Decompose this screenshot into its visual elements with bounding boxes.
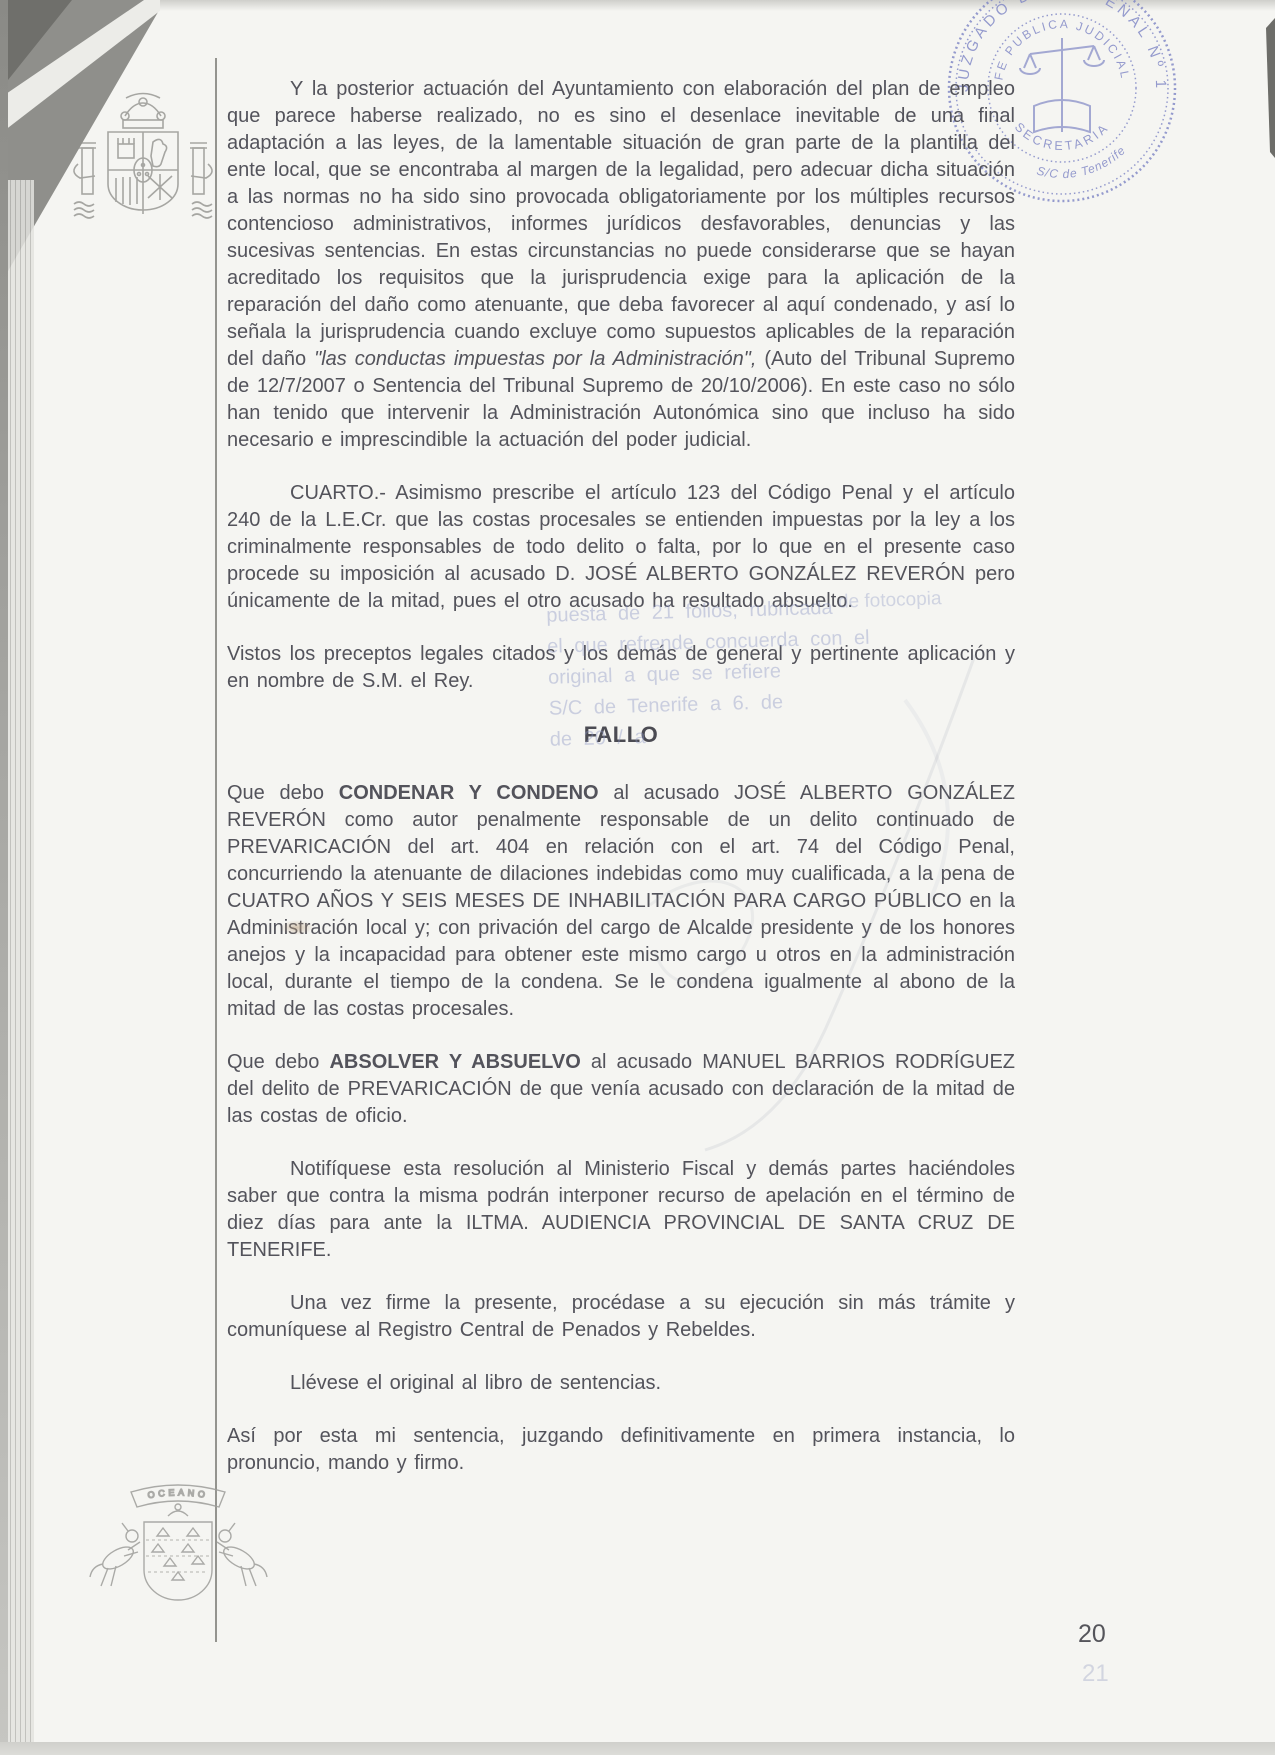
text-segment: Así por esta mi sentencia, juzgando defi… bbox=[227, 1425, 1015, 1474]
paragraph-p9: Así por esta mi sentencia, juzgando defi… bbox=[227, 1423, 1015, 1477]
right-dog bbox=[217, 1523, 267, 1586]
text-segment: Y la posterior actuación del Ayuntamient… bbox=[227, 78, 1015, 370]
paragraph-p3: Vistos los preceptos legales citados y l… bbox=[227, 641, 1015, 695]
text-segment: CUARTO.- Asimismo prescribe el artículo … bbox=[227, 482, 1015, 612]
text-segment: ABSOLVER Y ABSUELVO bbox=[329, 1051, 580, 1073]
text-segment: "las conductas impuestas por la Administ… bbox=[314, 348, 756, 370]
banner-text: OCEANO bbox=[147, 1487, 209, 1500]
text-segment: Que debo bbox=[227, 782, 339, 804]
paragraph-p8: Llévese el original al libro de sentenci… bbox=[227, 1370, 1015, 1397]
paragraph-p1: Y la posterior actuación del Ayuntamient… bbox=[227, 76, 1015, 454]
text-segment: Notifíquese esta resolución al Ministeri… bbox=[227, 1158, 1015, 1261]
paragraph-p4: Que debo CONDENAR Y CONDENO al acusado J… bbox=[227, 780, 1015, 1023]
page-number: 20 bbox=[1078, 1620, 1106, 1649]
fallo-heading: FALLO bbox=[227, 721, 1015, 748]
text-segment: FALLO bbox=[584, 722, 659, 747]
text-segment: al acusado JOSÉ ALBERTO GONZÁLEZ REVERÓN… bbox=[227, 782, 1015, 1020]
scales-of-justice-icon bbox=[1020, 38, 1104, 132]
text-segment: Llévese el original al libro de sentenci… bbox=[290, 1372, 661, 1394]
text-segment: Vistos los preceptos legales citados y l… bbox=[227, 643, 1015, 692]
scanned-document-page: JUZGADO DE LO PENAL Nº 1 FE PUBLICA JUDI… bbox=[0, 0, 1275, 1755]
ghost-page-number: 21 bbox=[1082, 1660, 1109, 1688]
paragraph-p7: Una vez firme la presente, procédase a s… bbox=[227, 1290, 1015, 1344]
paragraph-p5: Que debo ABSOLVER Y ABSUELVO al acusado … bbox=[227, 1049, 1015, 1130]
canary-islands-coat-of-arms: OCEANO bbox=[56, 1470, 301, 1620]
bottom-scan-edge bbox=[0, 1742, 1275, 1755]
paragraph-p2: CUARTO.- Asimismo prescribe el artículo … bbox=[227, 480, 1015, 615]
left-edge-shadow bbox=[0, 0, 8, 1755]
right-edge-shadow bbox=[1262, 18, 1275, 158]
left-dog bbox=[90, 1523, 140, 1586]
text-segment: CONDENAR Y CONDENO bbox=[339, 782, 599, 804]
judgment-text-column: Y la posterior actuación del Ayuntamient… bbox=[227, 76, 1015, 1503]
text-segment: Una vez firme la presente, procédase a s… bbox=[227, 1292, 1015, 1341]
paragraph-p6: Notifíquese esta resolución al Ministeri… bbox=[227, 1156, 1015, 1264]
paper-smudge bbox=[280, 920, 314, 935]
text-segment: Que debo bbox=[227, 1051, 329, 1073]
left-margin-rule bbox=[215, 58, 217, 1642]
